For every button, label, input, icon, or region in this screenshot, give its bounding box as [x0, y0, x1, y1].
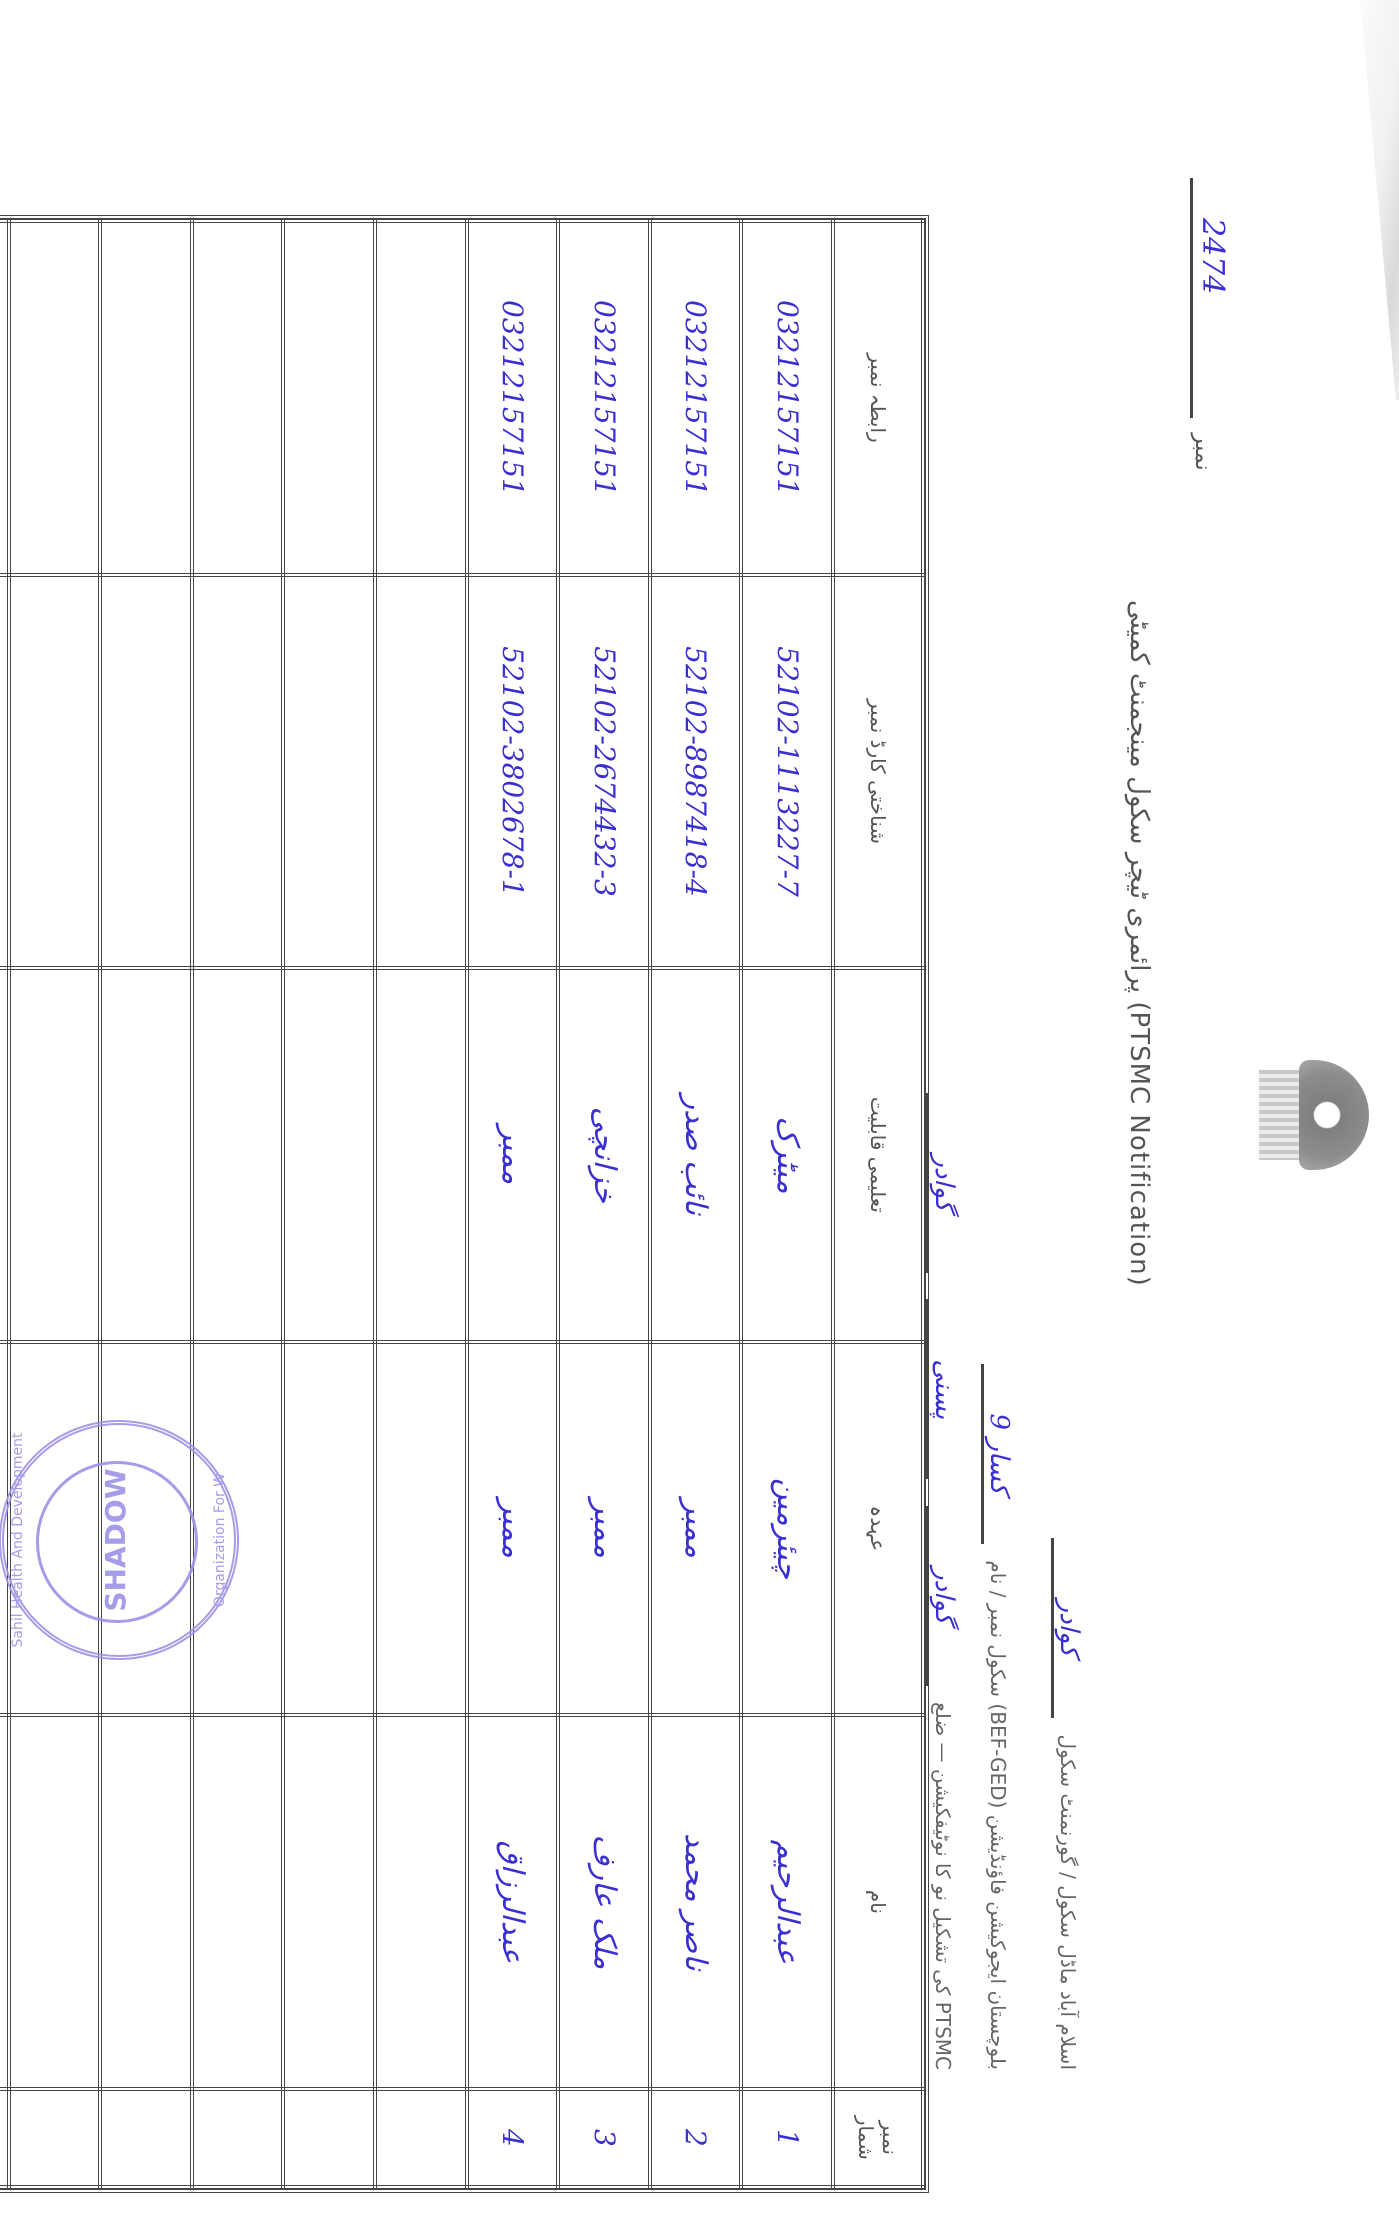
column-header: شناختی کارڈ نمبر [833, 575, 923, 968]
cell-phone: 03212157151 [741, 221, 833, 575]
cell-name: ناصر محمد [650, 1715, 742, 2089]
table-row [100, 221, 192, 2187]
cell-phone: 03212157151 [558, 221, 650, 575]
cell-sr: 4 [467, 2089, 559, 2187]
cell-phone [192, 221, 284, 575]
month-fill: کسار 9 [981, 1364, 1014, 1544]
cell-name [0, 1715, 9, 2089]
reference-number-value: 2474 [1195, 218, 1230, 294]
column-header: عہدہ [833, 1342, 923, 1716]
cell-phone [375, 221, 467, 575]
header-line-school: اسلام آباد ماڈل سکول / گورنمنٹ سکول کواد… [1051, 170, 1084, 2070]
table-row [9, 221, 101, 2187]
cell-phone: 03212157151 [650, 221, 742, 575]
cell-qualification [375, 968, 467, 1342]
union-fill: گوادر [926, 1093, 959, 1273]
header-line-bef: بلوچستان ایجوکیشن فاؤنڈیشن (BEF-GED) سکو… [981, 170, 1014, 2070]
cell-phone [283, 221, 375, 575]
cell-sr [283, 2089, 375, 2187]
cell-sr [100, 2089, 192, 2187]
cell-name [375, 1715, 467, 2089]
header-line-district: PTSMC کی تشکیل نو کا نوٹیفکیشن — ضلع گوا… [926, 170, 959, 2070]
table-row [192, 221, 284, 2187]
cell-name [9, 1715, 101, 2089]
table-row: 1عبدالرحیمچیئرمینمیٹرک52102-1113227-7032… [741, 221, 833, 2187]
column-header: نام [833, 1715, 923, 2089]
cell-designation: ممبر [467, 1342, 559, 1716]
table-row [0, 221, 9, 2187]
cell-name: عبدالرزاق [467, 1715, 559, 2089]
cell-phone [9, 221, 101, 575]
cell-name [283, 1715, 375, 2089]
cell-cnic [283, 575, 375, 968]
cell-qualification [283, 968, 375, 1342]
school-name-fill: کوادر [1051, 1538, 1084, 1718]
table-row [283, 221, 375, 2187]
cell-qualification [0, 968, 9, 1342]
cell-name [100, 1715, 192, 2089]
reference-number: نمبر 2474 [1190, 170, 1219, 471]
cell-name [192, 1715, 284, 2089]
cell-phone: 03212157151 [467, 221, 559, 575]
cell-sr: 1 [741, 2089, 833, 2187]
cell-designation: ممبر [650, 1342, 742, 1716]
cell-name: ملک عارف [558, 1715, 650, 2089]
cell-qualification [9, 968, 101, 1342]
cell-cnic: 52102-2674432-3 [558, 575, 650, 968]
cell-cnic [375, 575, 467, 968]
table-row: 4عبدالرزاقممبرممبر52102-3802678-10321215… [467, 221, 559, 2187]
cell-qualification: نائب صدر [650, 968, 742, 1342]
cell-cnic [100, 575, 192, 968]
cell-cnic: 52102-3802678-1 [467, 575, 559, 968]
cell-qualification: خزانچی [558, 968, 650, 1342]
cell-designation: ممبر [558, 1342, 650, 1716]
cell-cnic [192, 575, 284, 968]
cell-sr [192, 2089, 284, 2187]
cell-qualification: میٹرک [741, 968, 833, 1342]
table-header-row: نمبر شمار نام عہدہ تعلیمی قابلیت شناختی … [833, 221, 923, 2187]
table-row [375, 221, 467, 2187]
cell-cnic: 52102-1113227-7 [741, 575, 833, 968]
cell-designation [283, 1342, 375, 1716]
cell-qualification [192, 968, 284, 1342]
cell-sr [375, 2089, 467, 2187]
cell-name: عبدالرحیم [741, 1715, 833, 2089]
rotated-document-page: نمبر 2474 پرائمری ٹیچر سکول مینجمنٹ کمیٹ… [0, 0, 1399, 2237]
column-header: نمبر شمار [833, 2089, 923, 2187]
cell-qualification: ممبر [467, 968, 559, 1342]
cell-sr: 3 [558, 2089, 650, 2187]
members-table: نمبر شمار نام عہدہ تعلیمی قابلیت شناختی … [0, 215, 929, 2193]
column-header: تعلیمی قابلیت [833, 968, 923, 1342]
table-row: 2ناصر محمدممبرنائب صدر52102-8987418-4032… [650, 221, 742, 2187]
table-row: 3ملک عارفممبرخزانچی52102-2674432-3032121… [558, 221, 650, 2187]
document-title: پرائمری ٹیچر سکول مینجمنٹ کمیٹی (PTSMC N… [1124, 600, 1154, 1286]
government-logo-icon [1249, 1040, 1369, 1190]
cell-cnic [0, 575, 9, 968]
cell-cnic: 52102-8987418-4 [650, 575, 742, 968]
cell-sr [9, 2089, 101, 2187]
column-header: رابطہ نمبر [833, 221, 923, 575]
cell-cnic [9, 575, 101, 968]
cell-designation [375, 1342, 467, 1716]
tehsil-fill: پسنی [926, 1299, 959, 1479]
cell-qualification [100, 968, 192, 1342]
cell-sr: 2 [650, 2089, 742, 2187]
cell-designation: چیئرمین [741, 1342, 833, 1716]
cell-phone [100, 221, 192, 575]
cell-phone [0, 221, 9, 575]
cell-sr [0, 2089, 9, 2187]
district-fill: گوادر [926, 1506, 959, 1686]
organization-round-stamp: Sahil Health And Development SHADOW Orga… [0, 1420, 239, 1660]
